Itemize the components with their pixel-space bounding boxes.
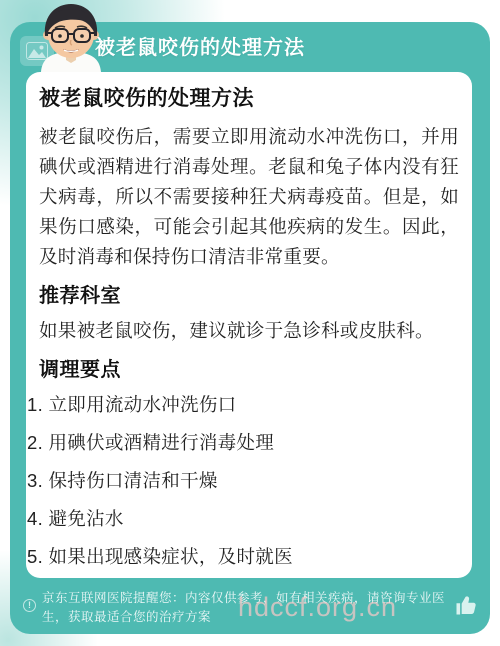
- list-item: 如果出现感染症状，及时就医: [39, 542, 459, 572]
- section-heading-department: 推荐科室: [39, 283, 459, 309]
- section-heading-care: 调理要点: [39, 357, 459, 383]
- list-item: 避免沾水: [39, 504, 459, 534]
- info-icon: !: [23, 599, 36, 612]
- list-item: 用碘伏或酒精进行消毒处理: [39, 428, 459, 458]
- screen: 被老鼠咬伤的处理方法 被老鼠咬伤的处理方法 被老鼠咬伤后，需要立即用流动水冲洗伤…: [0, 0, 500, 646]
- content-card: 被老鼠咬伤的处理方法 被老鼠咬伤后，需要立即用流动水冲洗伤口，并用碘伏或酒精进行…: [26, 72, 472, 578]
- department-paragraph: 如果被老鼠咬伤，建议就诊于急诊科或皮肤科。: [39, 316, 459, 346]
- care-points-list: 立即用流动水冲洗伤口 用碘伏或酒精进行消毒处理 保持伤口清洁和干燥 避免沾水 如…: [39, 390, 459, 572]
- thumbs-up-icon[interactable]: [452, 592, 479, 619]
- list-item: 立即用流动水冲洗伤口: [39, 390, 459, 420]
- footer-disclaimer: 京东互联网医院提醒您：内容仅供参考，如有相关疾病，请咨询专业医生，获取最适合您的…: [42, 589, 446, 627]
- list-item: 保持伤口清洁和干燥: [39, 466, 459, 496]
- intro-paragraph: 被老鼠咬伤后，需要立即用流动水冲洗伤口，并用碘伏或酒精进行消毒处理。老鼠和兔子体…: [39, 122, 459, 272]
- header-title: 被老鼠咬伤的处理方法: [95, 31, 305, 60]
- card-title: 被老鼠咬伤的处理方法: [39, 85, 459, 113]
